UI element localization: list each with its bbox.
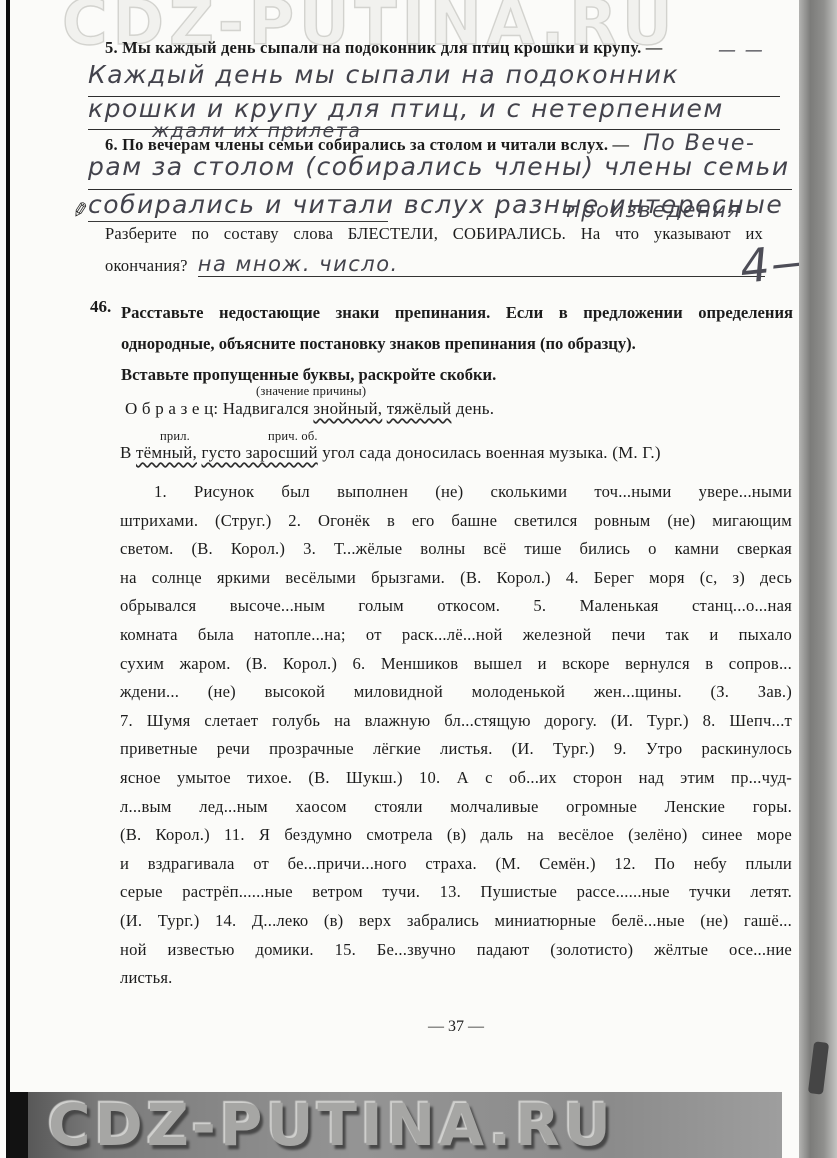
parse-answer-row: окончания? на множ. число.: [105, 252, 765, 277]
watermark-bottom: CDZ-PUTINA.RU: [6, 1092, 782, 1158]
example-s2-wavy-2: густо заросший: [201, 443, 317, 462]
example-participle-label: прич. об.: [268, 429, 318, 444]
page-number: — 37 —: [120, 1018, 792, 1036]
text-line: ясное умытое тихое. (В. Шукш.) 10. А с о…: [120, 764, 792, 793]
text-line: (И. Тург.) 14. Д...леко (в) верх забрали…: [120, 907, 792, 936]
text-line: л...вым лед...ным хаосом стояли молчалив…: [120, 793, 792, 822]
exercise-46-instruction-line-3: Вставьте пропущенные буквы, раскройте ск…: [121, 359, 793, 390]
text-line: комната была натопле...на; от раск...лё.…: [120, 621, 792, 650]
scan-edge-right: [799, 0, 837, 1158]
exercise-46-sentences: 1. Рисунок был выполнен (не) сколькими т…: [120, 478, 792, 993]
text-line: приветные речи прозрачные лёгкие листья.…: [120, 735, 792, 764]
example-s2-wavy-1: тёмный,: [136, 443, 197, 462]
text-line: обрывался высоче...ным голым откосом. 5.…: [120, 592, 792, 621]
item-6-handwritten-answer-line-1: рам за столом (собирались члены) члены с…: [88, 152, 792, 190]
item-6-handwritten-answer-line-3: произведения: [566, 198, 741, 222]
scan-edge-left: [6, 0, 10, 1158]
example-sentence-1: О б р а з е ц: Надвигался знойный, тяжёл…: [125, 399, 494, 419]
example-sentence-2: В тёмный, густо заросший угол сада донос…: [120, 443, 661, 463]
text-line: 7. Шумя слетает голубь на влажную бл...с…: [120, 707, 792, 736]
example-s1-wavy-2: тяжёлый: [387, 399, 452, 418]
parse-task-text: Разберите по составу слова БЛЕСТЕЛИ, СОБ…: [105, 224, 763, 244]
text-line: листья.: [120, 964, 792, 993]
scanned-workbook-page: CDZ-PUTINA.RU 5. Мы каждый день сыпали н…: [0, 0, 837, 1158]
text-line: 1. Рисунок был выполнен (не) сколькими т…: [120, 478, 792, 507]
text-line: и вздрагивала от бе...причи...ного страх…: [120, 850, 792, 879]
example-s1-wavy-1: знойный,: [313, 399, 382, 418]
example-reason-label: (значение причины): [256, 384, 366, 399]
example-s2-post: угол сада доносилась военная музыка. (М.…: [318, 443, 661, 462]
exercise-46-number: 46.: [90, 297, 111, 317]
text-line: штрихами. (Струг.) 2. Огонёк в его башне…: [120, 507, 792, 536]
example-s1-post: день.: [451, 399, 494, 418]
text-line: серые растрёп......ные ветром тучи. 13. …: [120, 878, 792, 907]
item-5-handwritten-dashes: — —: [718, 40, 764, 61]
example-s2-pre: В: [120, 443, 136, 462]
text-line: (В. Корол.) 11. Я бездумно смотрела (в) …: [120, 821, 792, 850]
exercise-46-instruction-line-1: Расставьте недостающие знаки препинания.…: [121, 297, 793, 328]
text-line: сухим жаром. (В. Корол.) 6. Меншиков выш…: [120, 650, 792, 679]
text-line: ждени... (не) высокой миловидной молоден…: [120, 678, 792, 707]
watermark-bottom-band: CDZ-PUTINA.RU: [6, 1092, 782, 1158]
text-line: на солнце яркими весёлыми брызгами. (В. …: [120, 564, 792, 593]
example-adjective-label: прил.: [160, 429, 190, 444]
item-5-printed-sentence: 5. Мы каждый день сыпали на подоконник д…: [105, 38, 663, 58]
item-5-handwritten-answer-line-1: Каждый день мы сыпали на подоконник: [88, 60, 780, 97]
example-s1-pre: О б р а з е ц: Надвигался: [125, 399, 313, 418]
answer-rule: на множ. число.: [198, 252, 765, 277]
text-line: светом. (В. Корол.) 3. Т...жёлые волны в…: [120, 535, 792, 564]
exercise-46-instruction-line-2: однородные, объясните постановку знаков …: [121, 328, 793, 359]
text-line: ной известью домики. 15. Бе...звучно пад…: [120, 936, 792, 965]
parse-prompt: окончания?: [105, 256, 188, 276]
parse-handwritten-answer: на множ. число.: [198, 252, 399, 276]
